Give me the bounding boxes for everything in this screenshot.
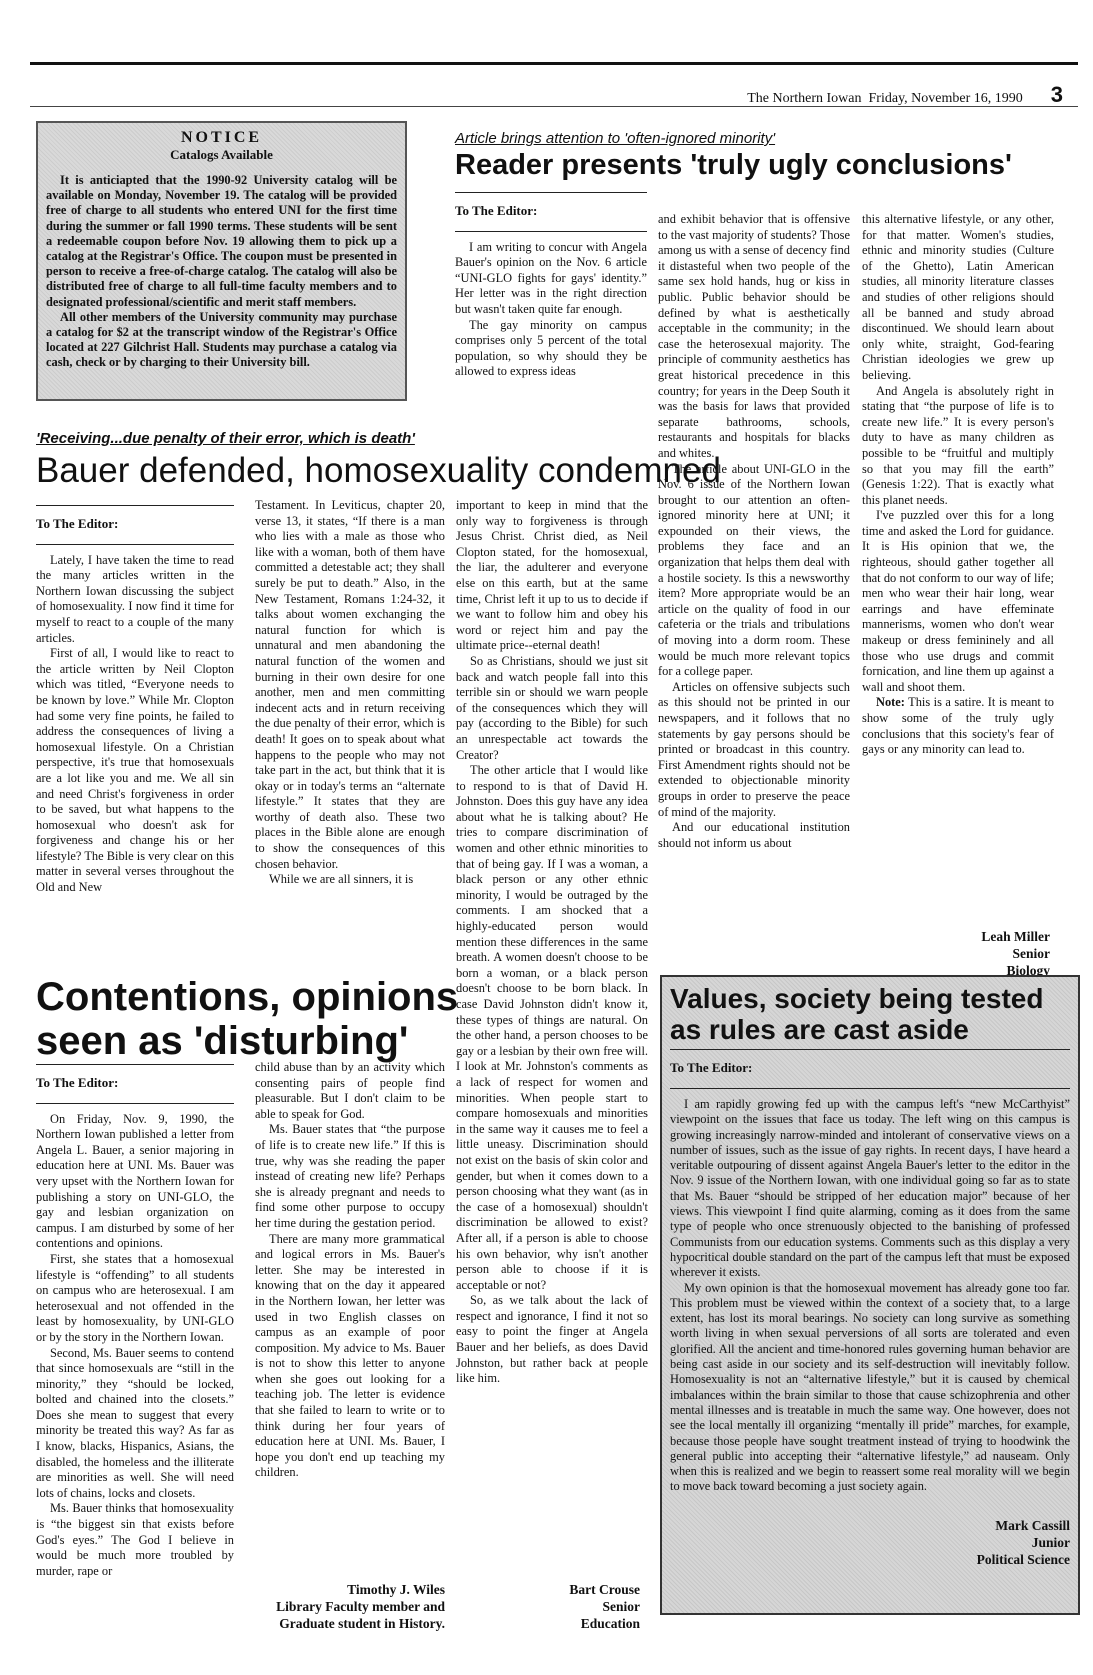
signature-class: Junior [670,1534,1070,1551]
paragraph: And our educational institution should n… [658,820,850,851]
article-bauer-headline: Bauer defended, homosexuality condemned [36,453,721,490]
page-number: 3 [1051,82,1063,108]
article-ugly-col3: this alternative lifestyle, or any other… [862,212,1054,758]
headline-line: seen as 'disturbing' [36,1019,458,1063]
article-ugly-col2: and exhibit behavior that is offensive t… [658,212,850,851]
article-contentions-headline: Contentions, opinions seen as 'disturbin… [36,975,458,1063]
signature-title: Graduate student in History. [235,1615,445,1632]
notice-title: NOTICE [46,129,397,147]
article-values-signature: Mark Cassill Junior Political Science [670,1517,1070,1568]
article-contentions-signature: Timothy J. Wiles Library Faculty member … [235,1581,445,1632]
notice-paragraph: All other members of the University comm… [46,310,397,371]
paragraph: The other article that I would like to r… [456,763,648,1293]
signature-name: Mark Cassill [670,1517,1070,1534]
article-values-body: I am rapidly growing fed up with the cam… [670,1097,1070,1495]
salutation: To The Editor: [36,505,234,545]
notice-paragraph: It is anticiapted that the 1990-92 Unive… [46,173,397,310]
paragraph: I've puzzled over this for a long time a… [862,508,1054,695]
article-bauer-col2: Testament. In Leviticus, chapter 20, ver… [255,498,445,888]
paragraph: The gay minority on campus comprises onl… [455,318,647,380]
paragraph: And Angela is absolutely right in statin… [862,384,1054,509]
paragraph: So, as we talk about the lack of respect… [456,1293,648,1387]
paragraph: I am writing to concur with Angela Bauer… [455,240,647,318]
signature-class: Senior [480,1598,640,1615]
signature-class: Senior [900,945,1050,962]
issue-date: Friday, November 16, 1990 [869,91,1023,106]
paragraph: Testament. In Leviticus, chapter 20, ver… [255,498,445,872]
paragraph: The article about UNI-GLO in the Nov. 6 … [658,462,850,680]
article-ugly-kicker: Article brings attention to 'often-ignor… [455,130,775,147]
article-contentions-col2: child abuse than by an activity which co… [255,1060,445,1481]
paragraph: Ms. Bauer states that “the purpose of li… [255,1122,445,1231]
paragraph: There are many more grammatical and logi… [255,1232,445,1482]
paragraph: child abuse than by an activity which co… [255,1060,445,1122]
satire-note: Note: This is a satire. It is meant to s… [862,695,1054,757]
paragraph: Second, Ms. Bauer seems to contend that … [36,1346,234,1502]
article-values-box: Values, society being tested as rules ar… [660,975,1080,1615]
notice-subtitle: Catalogs Available [46,147,397,163]
article-bauer-col3: important to keep in mind that the only … [456,498,648,1387]
paragraph: Lately, I have taken the time to read th… [36,553,234,647]
paragraph: and exhibit behavior that is offensive t… [658,212,850,462]
masthead-top-rule [30,62,1078,65]
article-contentions-col1: To The Editor: On Friday, Nov. 9, 1990, … [36,1064,234,1579]
notice-box: NOTICE Catalogs Available It is anticiap… [36,121,407,401]
paper-name: The Northern Iowan [747,91,861,106]
paragraph: While we are all sinners, it is [255,872,445,888]
article-ugly-headline: Reader presents 'truly ugly conclusions' [455,150,1012,180]
signature-major: Political Science [670,1551,1070,1568]
signature-title: Library Faculty member and [235,1598,445,1615]
headline-line: Contentions, opinions [36,975,458,1019]
salutation: To The Editor: [670,1049,1070,1089]
masthead-bottom-rule [30,106,1078,107]
paragraph: this alternative lifestyle, or any other… [862,212,1054,384]
article-bauer-col1: To The Editor: Lately, I have taken the … [36,505,234,896]
article-bauer-signature: Bart Crouse Senior Education [480,1581,640,1632]
signature-name: Timothy J. Wiles [235,1581,445,1598]
note-label: Note: [876,695,905,709]
signature-name: Leah Miller [900,928,1050,945]
paragraph: important to keep in mind that the only … [456,498,648,654]
article-ugly-col1: To The Editor: I am writing to concur wi… [455,192,647,380]
paragraph: Articles on offensive subjects such as t… [658,680,850,820]
signature-major: Education [480,1615,640,1632]
paragraph: First of all, I would like to react to t… [36,646,234,896]
article-bauer-kicker: 'Receiving...due penalty of their error,… [36,430,415,447]
paragraph: I am rapidly growing fed up with the cam… [670,1097,1070,1281]
paragraph: First, she states that a homosexual life… [36,1252,234,1346]
article-ugly-signature: Leah Miller Senior Biology [900,928,1050,979]
salutation: To The Editor: [36,1064,234,1104]
signature-name: Bart Crouse [480,1581,640,1598]
salutation: To The Editor: [455,192,647,232]
masthead: The Northern Iowan Friday, November 16, … [747,82,1063,108]
paragraph: So as Christians, should we just sit bac… [456,654,648,763]
paragraph: On Friday, Nov. 9, 1990, the Northern Io… [36,1112,234,1252]
paragraph: My own opinion is that the homosexual mo… [670,1281,1070,1495]
paragraph: Ms. Bauer thinks that homosexuality is “… [36,1501,234,1579]
article-values-headline: Values, society being tested as rules ar… [670,983,1070,1045]
